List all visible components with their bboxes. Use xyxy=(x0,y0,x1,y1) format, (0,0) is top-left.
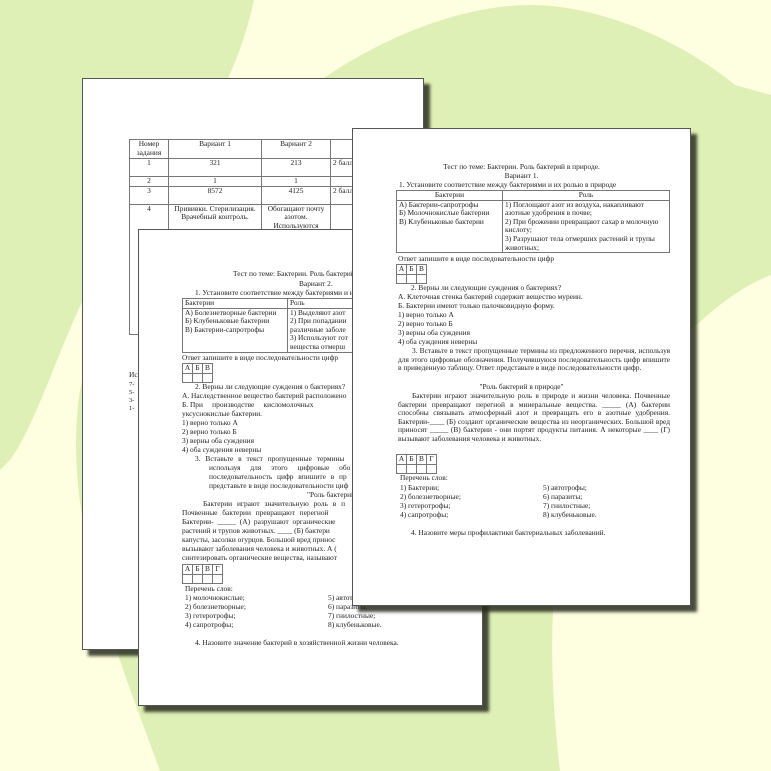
answer-grid-q3: АБВГ xyxy=(182,564,223,584)
answer-letter: Г xyxy=(427,455,437,465)
question-3-prompt: 3. Вставьте в текст пропущенные термины … xyxy=(398,347,670,373)
word-list-title: Перечень слов: xyxy=(400,474,448,483)
answer-letter: Б xyxy=(193,565,203,575)
answer-cell[interactable] xyxy=(203,574,213,583)
answer-letter: А xyxy=(397,265,407,275)
answer-letter: В xyxy=(417,455,427,465)
answer-cell[interactable] xyxy=(397,274,407,283)
answer-letter: А xyxy=(183,565,193,575)
word-list-item: 8) клубеньковые. xyxy=(543,511,597,520)
table-cell: 4125 xyxy=(262,186,331,204)
answer-letter: В xyxy=(203,364,213,374)
answer-note: Ответ запишите в виде последовательности… xyxy=(182,354,338,363)
table-cell: 213 xyxy=(262,159,331,177)
answer-letter: В xyxy=(203,565,213,575)
answer-cell[interactable] xyxy=(407,274,417,283)
bacteria-item: В) Клубеньковые бактерии xyxy=(399,218,500,227)
word-list-item: 4) сапротрофы; xyxy=(400,511,448,520)
header-task-number: Номер задания xyxy=(130,140,169,159)
answer-letter: Б xyxy=(407,265,417,275)
answer-cell[interactable] xyxy=(427,464,437,473)
variant1-test-page: Тест по теме: Бактерии. Роль бактерий в … xyxy=(352,128,691,606)
header-variant1: Вариант 1 xyxy=(169,140,262,159)
answer-note: Ответ запишите в виде последовательности… xyxy=(398,255,554,264)
table-cell: 1 xyxy=(130,159,169,177)
bacteria-item: В) Бактерии-сапротрофы xyxy=(185,326,285,335)
question-4: 4. Назовите меры профилактики бактериаль… xyxy=(411,529,605,538)
fill-in-text: Бактерии играют значительную роль в прир… xyxy=(398,392,670,444)
table-cell: 1 xyxy=(169,177,262,187)
word-list-item: 4) сапротрофы; xyxy=(185,621,233,630)
column-role: Роль xyxy=(503,191,670,201)
table-cell: 321 xyxy=(169,159,262,177)
answer-letter: В xyxy=(417,265,427,275)
answer-letter: А xyxy=(397,455,407,465)
answer-cell[interactable] xyxy=(417,274,427,283)
answer-cell[interactable] xyxy=(183,574,193,583)
column-bacteria: Бактерии xyxy=(183,299,288,309)
answer-letter: Б xyxy=(193,364,203,374)
answer-cell[interactable] xyxy=(417,464,427,473)
question-1-prompt: 1. Установите соответствие между бактери… xyxy=(399,181,616,190)
table-cell: 2 xyxy=(130,177,169,187)
grading-line: 1- xyxy=(129,405,134,414)
answer-grid-q3: АБВГ xyxy=(396,454,437,474)
matching-table: Бактерии Роль А) Бактерии-сапротрофы Б) … xyxy=(396,190,670,253)
table-cell: 3 xyxy=(130,186,169,204)
word-list-item: 8) клубеньковые. xyxy=(328,621,382,630)
role-item: 3) Разрушают тела отмерших растений и тр… xyxy=(505,235,667,252)
answer-cell[interactable] xyxy=(203,373,213,382)
role-item: 2) При брожении превращают сахар в молоч… xyxy=(505,218,667,235)
answer-cell[interactable] xyxy=(183,373,193,382)
question-4: 4. Назовите значение бактерий в хозяйств… xyxy=(195,639,399,648)
role-item: 1) Поглощают азот из воздуха, накапливаю… xyxy=(505,201,667,218)
grading-line: Ис xyxy=(129,371,138,380)
table-cell: 1 xyxy=(262,177,331,187)
answer-cell[interactable] xyxy=(193,574,203,583)
table-cell: 8572 xyxy=(169,186,262,204)
answer-cell[interactable] xyxy=(397,464,407,473)
answer-letter: Г xyxy=(213,565,223,575)
column-bacteria: Бактерии xyxy=(397,191,503,201)
answer-grid-q1: АБВ xyxy=(396,264,427,284)
answer-cell[interactable] xyxy=(193,373,203,382)
answer-grid-q1: АБВ xyxy=(182,363,213,383)
answer-letter: А xyxy=(183,364,193,374)
header-variant2: Вариант 2 xyxy=(262,140,331,159)
text-line: синтезировать органические вещества, наз… xyxy=(182,554,337,563)
answer-cell[interactable] xyxy=(407,464,417,473)
answer-letter: Б xyxy=(407,455,417,465)
answer-cell[interactable] xyxy=(213,574,223,583)
